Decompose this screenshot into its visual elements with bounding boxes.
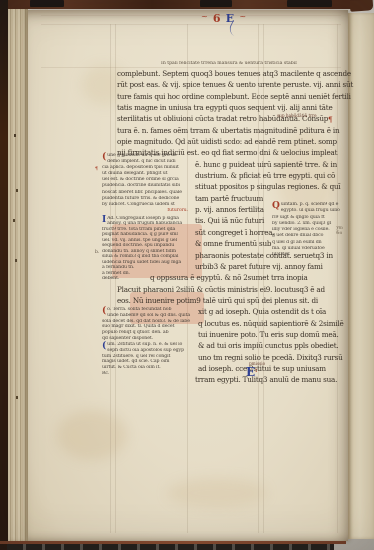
gloss-line: qd sapienter disponet. (102, 336, 198, 342)
binding-segment (200, 0, 232, 7)
margin-mark: b. (95, 250, 99, 255)
main-text-line: eos. Nū inuenire potim9 talē uirū qui sp… (117, 295, 357, 306)
sewing-speck (14, 134, 16, 137)
binding-segment (30, 0, 64, 7)
interlinear-gloss: pmissio (249, 361, 309, 366)
main-text-line: Placuit pharaoni 2siliū & cūctis ministr… (117, 284, 357, 295)
book-spine-binding (0, 0, 8, 550)
book-top-binding (0, 0, 362, 9)
decorated-initial-E: E: (246, 365, 256, 379)
gloss-initial-blue: ( (102, 342, 106, 351)
left-gloss-1: ( une g puideat. ulr q ei9 gre uedemō im… (102, 153, 194, 214)
page-edges-stack (8, 4, 28, 542)
initial-red-flourish: : (255, 367, 256, 374)
bottom-page-block (7, 544, 334, 550)
main-text-line: opie magnitudo. Qd aūt uidisti scdo: ad … (117, 136, 357, 147)
main-text-line: ture famis qui hoc ordine complebunt. Ec… (117, 91, 357, 102)
manuscript-photo: ~ 6 E ~ In tpali felicitate trrena mansu… (0, 0, 374, 550)
signature-numeral: 6 (213, 12, 222, 25)
flourish-right: ~ (239, 12, 247, 21)
parchment-stain (57, 410, 127, 460)
quire-signature: ~ 6 E ~ (201, 12, 247, 28)
interlinear-gloss: sup habūdātiā trre (277, 113, 359, 118)
right-gloss: Q uintam. p. q. sciem9 qd ēegypto. ul qu… (272, 202, 362, 259)
ruling-line (41, 24, 341, 25)
gloss-line: debent. (102, 276, 194, 281)
left-gloss-3-upper: ( o. Terra. solitā fecundat nobunde habe… (102, 307, 198, 342)
ruling-line (41, 15, 341, 16)
main-text-line: complebunt. Septem quoq3 boues tenues at… (117, 68, 357, 79)
margin-paraph-mark: ¶ (95, 166, 98, 172)
gloss-line: lilal der. (272, 252, 362, 258)
gloss-line: futurorū. (102, 208, 194, 214)
binding-segment (287, 0, 332, 7)
parchment-stain (167, 478, 267, 508)
margin-annotation: ym &o (336, 225, 349, 236)
gloss-line: Rc. (102, 371, 198, 377)
manuscript-page: ~ 6 E ~ In tpali felicitate trrena mansu… (27, 10, 348, 541)
gloss-initial-red: Q (272, 202, 280, 211)
gloss-initial-red: ( (102, 307, 106, 316)
heading-gloss: In tpali felicitate trrena mansura & uen… (161, 61, 297, 66)
main-text-line: tatis magne in uniusa tra egypti quos se… (117, 102, 357, 113)
initial-letter: E (246, 365, 255, 379)
main-text-line: rūt post eas. & vij. spice tenues & uent… (117, 79, 357, 90)
gloss-initial-blue: I (102, 216, 106, 225)
left-gloss-3-lower: ( um. 2stituta ut sup. n. ē. & uel iosep… (102, 342, 198, 377)
gloss-initial-red: ( (102, 153, 106, 162)
book-corner-binding (350, 0, 374, 12)
book-bottom-edge (0, 541, 374, 550)
gloss-line: noscat liberet libr. pncipales. quale (102, 190, 194, 196)
gloss-line: unde habem9 qd sol & qd dns. quīta (107, 313, 198, 319)
main-text-line: tura ē. n. fames oēm trram & ubertatis m… (117, 125, 357, 136)
left-gloss-2: I Ad. Congregauit ioseph p signaannoy. q… (102, 216, 194, 281)
flourish-left: ~ (201, 12, 209, 21)
